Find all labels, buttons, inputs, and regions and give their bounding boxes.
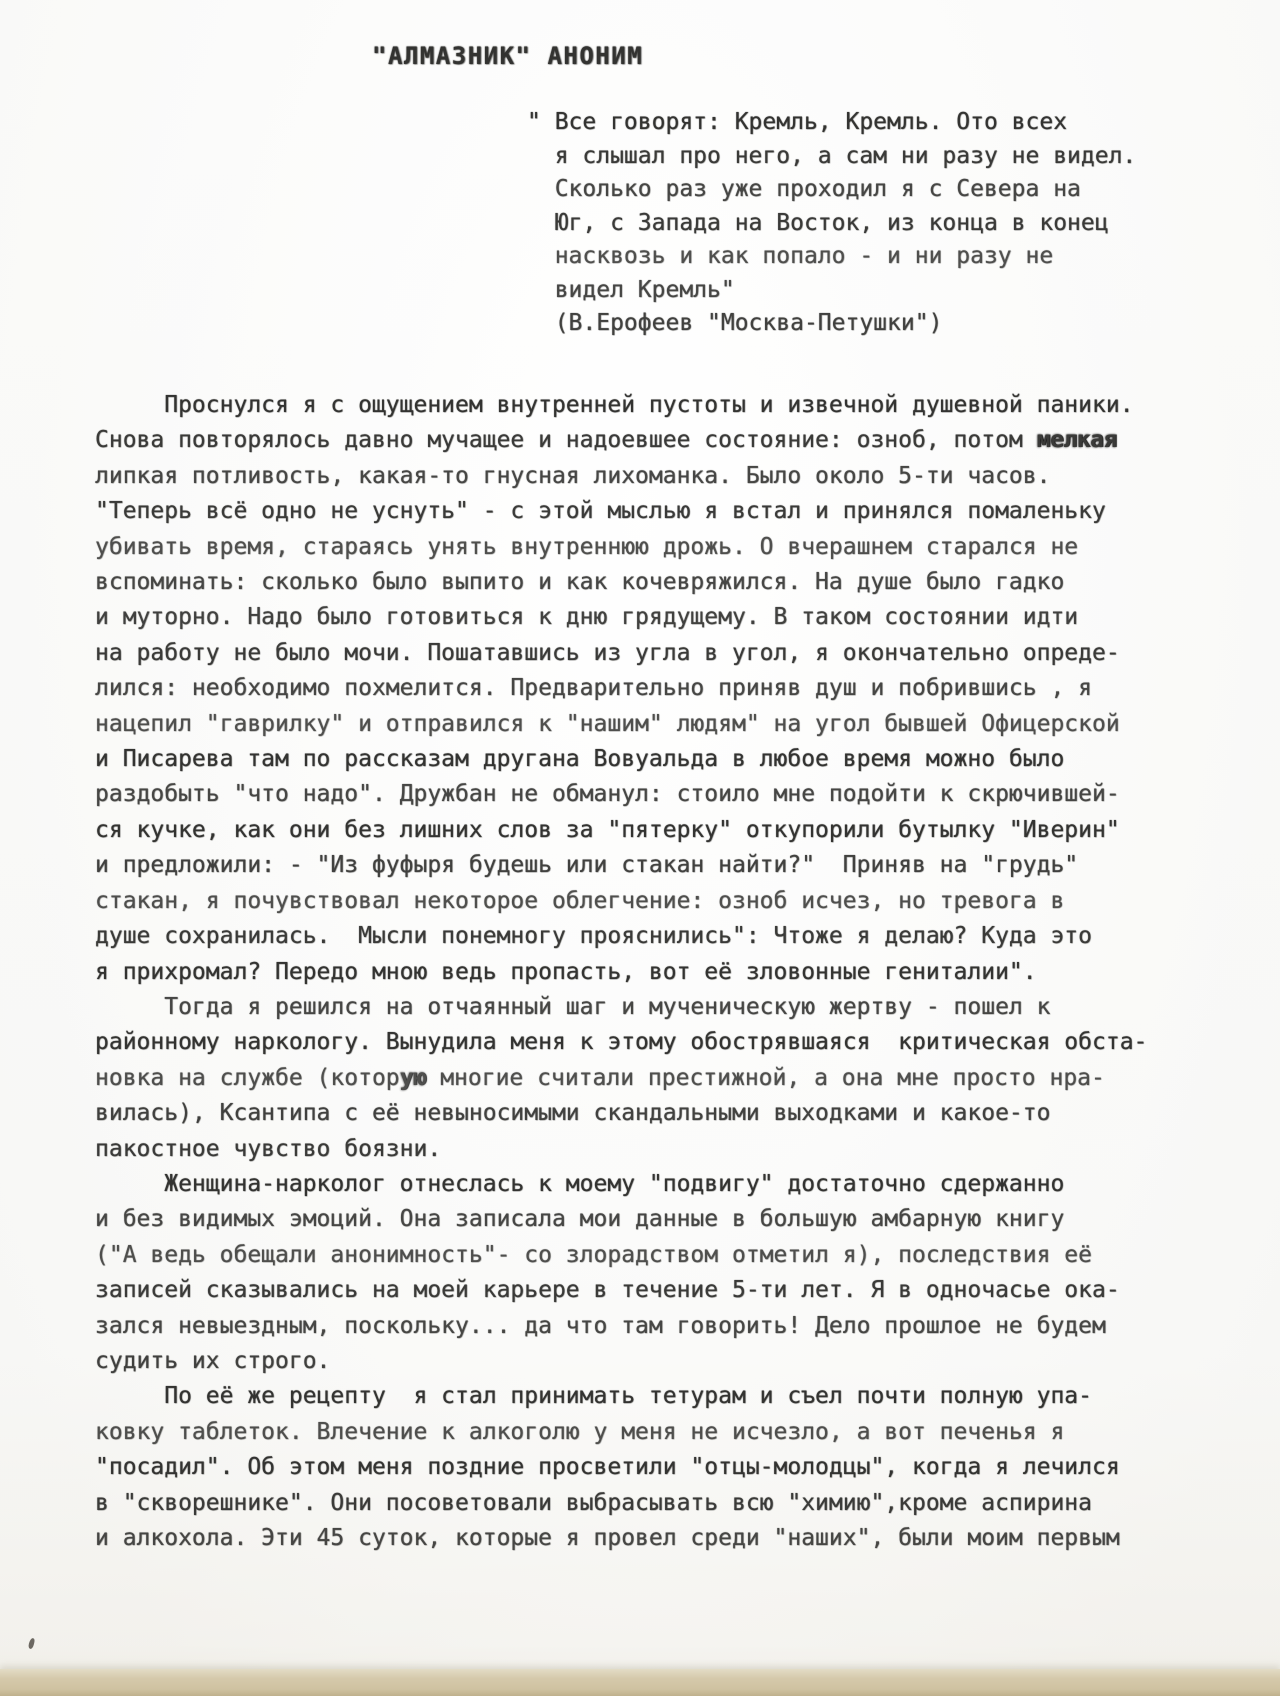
text-line: и Писарева там по рассказам другана Вову…: [95, 742, 1205, 777]
text-line: и алкохола. Эти 45 суток, которые я пров…: [95, 1521, 1205, 1556]
scan-edge: [0, 1669, 1280, 1696]
text-line: Юг, с Запада на Восток, из конца в конец: [527, 207, 1136, 241]
epigraph: " Все говорят: Кремль, Кремль. Ото всех …: [527, 106, 1136, 341]
text-line: видел Кремль": [527, 274, 1136, 308]
text-line: убивать время, стараясь унять внутреннюю…: [95, 530, 1205, 565]
text-line: Женщина-нарколог отнеслась к моему "подв…: [95, 1167, 1205, 1202]
text-line: Снова повторялось давно мучащее и надоев…: [95, 423, 1205, 458]
document-page: "АЛМАЗНИК" АНОНИМ " Все говорят: Кремль,…: [0, 0, 1280, 1696]
text-line: Сколько раз уже проходил я с Севера на: [527, 173, 1136, 207]
text-line: на работу не было мочи. Пошатавшись из у…: [95, 636, 1205, 671]
text-line: нацепил "гаврилку" и отправился к "нашим…: [95, 707, 1205, 742]
text-line: ("А ведь обещали анонимность"- со злорад…: [95, 1238, 1205, 1273]
ink-speck: [28, 1638, 36, 1650]
text-line: я слышал про него, а сам ни разу не виде…: [527, 140, 1136, 174]
document-title: "АЛМАЗНИК" АНОНИМ: [372, 42, 643, 70]
text-line: судить их строго.: [95, 1344, 1205, 1379]
text-line: зался невыездным, поскольку... да что та…: [95, 1309, 1205, 1344]
text-line: и без видимых эмоций. Она записала мои д…: [95, 1202, 1205, 1237]
text-line: Тогда я решился на отчаянный шаг и мучен…: [95, 990, 1205, 1025]
text-line: лился: необходимо похмелится. Предварите…: [95, 671, 1205, 706]
text-line: ся кучке, как они без лишних слов за "пя…: [95, 813, 1205, 848]
text-line: Проснулся я с ощущением внутренней пусто…: [95, 388, 1205, 423]
text-line: "посадил". Об этом меня поздние просвети…: [95, 1450, 1205, 1485]
text-line: "Теперь всё одно не уснуть" - с этой мыс…: [95, 494, 1205, 529]
text-line: новка на службе (которую многие считали …: [95, 1061, 1205, 1096]
text-line: районному наркологу. Вынудила меня к это…: [95, 1025, 1205, 1060]
text-line: стакан, я почувствовал некоторое облегче…: [95, 884, 1205, 919]
text-line: вилась), Ксантипа с её невыносимыми скан…: [95, 1096, 1205, 1131]
text-line: вспоминать: сколько было выпито и как ко…: [95, 565, 1205, 600]
document-body: Проснулся я с ощущением внутренней пусто…: [95, 388, 1205, 1556]
text-line: пакостное чувство боязни.: [95, 1132, 1205, 1167]
text-line: раздобыть "что надо". Дружбан не обманул…: [95, 777, 1205, 812]
text-line: насквозь и как попало - и ни разу не: [527, 240, 1136, 274]
text-line: записей сказывались на моей карьере в те…: [95, 1273, 1205, 1308]
text-line: (В.Ерофеев "Москва-Петушки"): [527, 307, 1136, 341]
text-line: в "скворешнике". Они посоветовали выбрас…: [95, 1486, 1205, 1521]
text-line: " Все говорят: Кремль, Кремль. Ото всех: [527, 106, 1136, 140]
text-line: По её же рецепту я стал принимать тетура…: [95, 1379, 1205, 1414]
text-line: я прихромал? Передо мною ведь пропасть, …: [95, 955, 1205, 990]
text-line: ковку таблеток. Влечение к алкоголю у ме…: [95, 1415, 1205, 1450]
text-line: душе сохранилась. Мысли понемногу проясн…: [95, 919, 1205, 954]
text-line: и муторно. Надо было готовиться к дню гр…: [95, 600, 1205, 635]
text-line: и предложили: - "Из фуфыря будешь или ст…: [95, 848, 1205, 883]
text-line: липкая потливость, какая-то гнусная лихо…: [95, 459, 1205, 494]
